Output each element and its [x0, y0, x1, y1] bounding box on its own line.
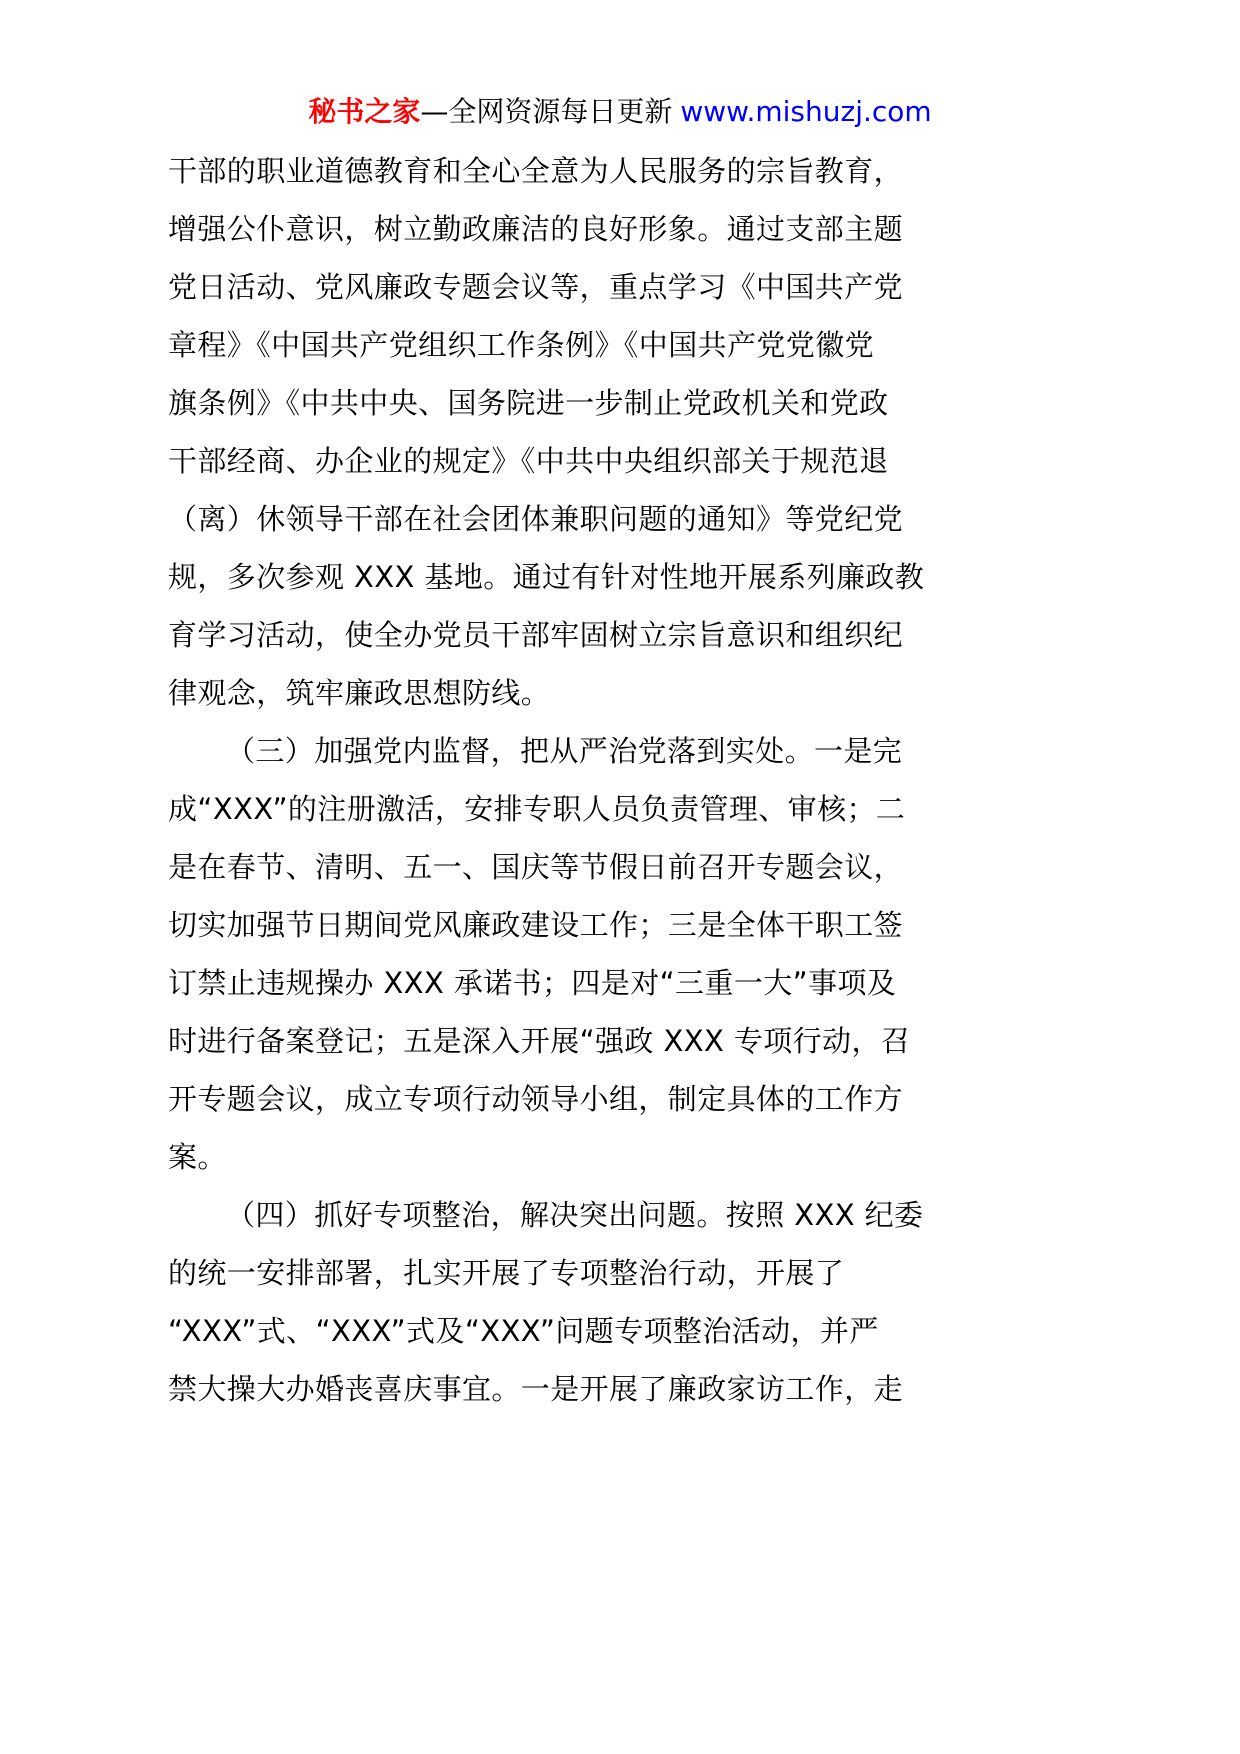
section-heading-line: （三）加强党内监督，把从严治党落到实处。一是完	[168, 722, 944, 780]
site-url-link[interactable]: www.mishuzj.com	[680, 95, 931, 128]
text-line: 案。	[168, 1128, 944, 1186]
site-header: 秘书之家—全网资源每日更新www.mishuzj.com	[0, 92, 1240, 132]
text-line: 育学习活动，使全办党员干部牢固树立宗旨意识和组织纪	[168, 606, 944, 664]
text-line: （离）休领导干部在社会团体兼职问题的通知》等党纪党	[168, 490, 944, 548]
text-line: “XXX”式、“XXX”式及“XXX”问题专项整治活动，并严	[168, 1302, 944, 1360]
text-line: 规，多次参观 XXX 基地。通过有针对性地开展系列廉政教	[168, 548, 944, 606]
text-line: 开专题会议，成立专项行动领导小组，制定具体的工作方	[168, 1070, 944, 1128]
header-tagline: —全网资源每日更新	[420, 95, 672, 128]
text-line: 禁大操大办婚丧喜庆事宜。一是开展了廉政家访工作，走	[168, 1360, 944, 1418]
text-line: 的统一安排部署，扎实开展了专项整治行动，开展了	[168, 1244, 944, 1302]
text-line: 章程》《中国共产党组织工作条例》《中国共产党党徽党	[168, 316, 944, 374]
section-heading-line: （四）抓好专项整治，解决突出问题。按照 XXX 纪委	[168, 1186, 944, 1244]
text-line: 律观念，筑牢廉政思想防线。	[168, 664, 944, 722]
document-body: 干部的职业道德教育和全心全意为人民服务的宗旨教育， 增强公仆意识，树立勤政廉洁的…	[168, 142, 944, 1418]
text-line: 是在春节、清明、五一、国庆等节假日前召开专题会议，	[168, 838, 944, 896]
brand-name: 秘书之家	[308, 95, 420, 128]
text-line: 切实加强节日期间党风廉政建设工作；三是全体干职工签	[168, 896, 944, 954]
text-line: 旗条例》《中共中央、国务院进一步制止党政机关和党政	[168, 374, 944, 432]
text-line: 时进行备案登记；五是深入开展“强政 XXX 专项行动，召	[168, 1012, 944, 1070]
text-line: 党日活动、党风廉政专题会议等，重点学习《中国共产党	[168, 258, 944, 316]
text-line: 订禁止违规操办 XXX 承诺书；四是对“三重一大”事项及	[168, 954, 944, 1012]
text-line: 干部经商、办企业的规定》《中共中央组织部关于规范退	[168, 432, 944, 490]
text-line: 成“XXX”的注册激活，安排专职人员负责管理、审核；二	[168, 780, 944, 838]
text-line: 增强公仆意识，树立勤政廉洁的良好形象。通过支部主题	[168, 200, 944, 258]
text-line: 干部的职业道德教育和全心全意为人民服务的宗旨教育，	[168, 142, 944, 200]
